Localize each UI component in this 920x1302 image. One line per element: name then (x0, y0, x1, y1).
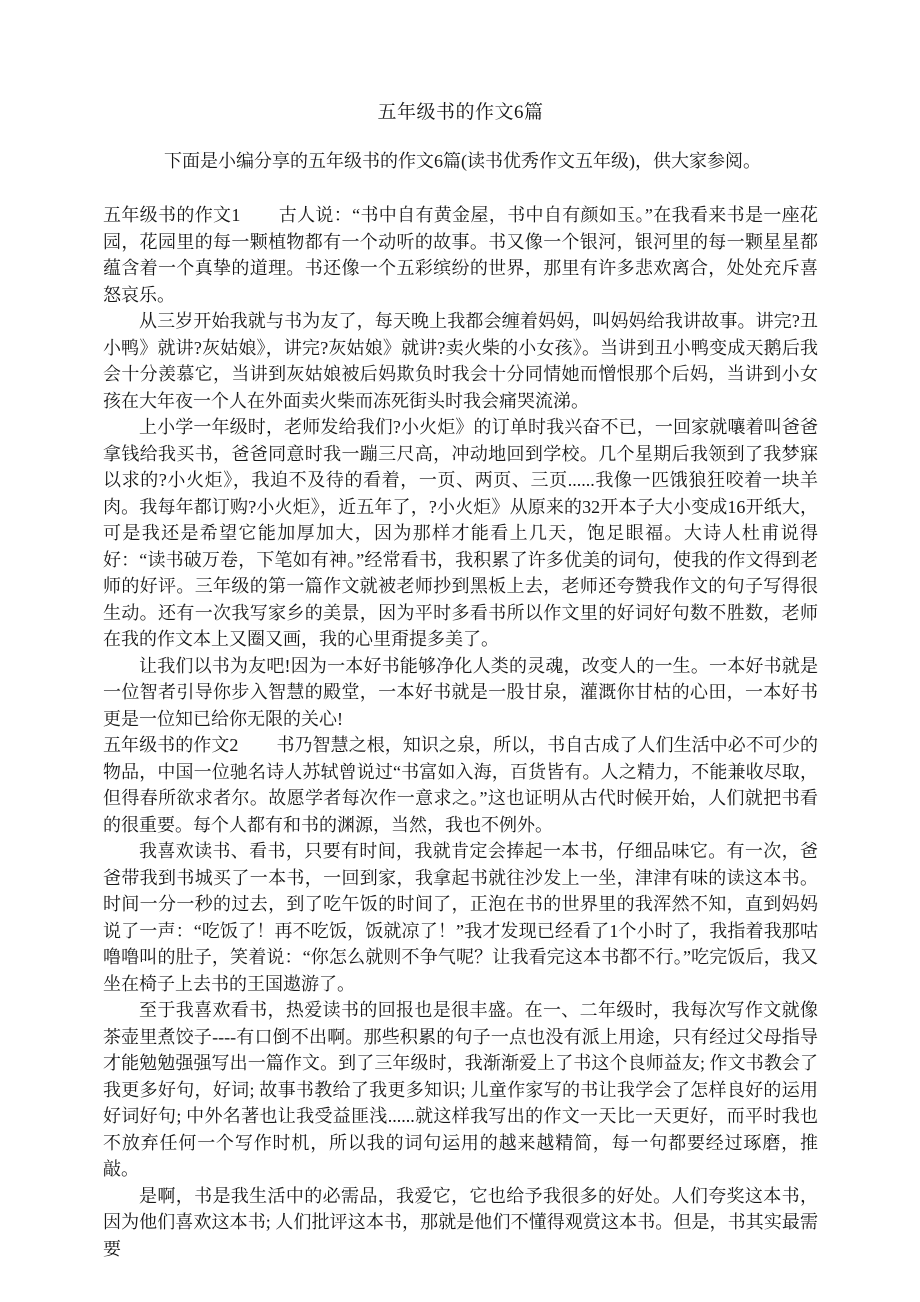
document-canvas: { "colors": { "text": "#161616", "backgr… (0, 0, 920, 1302)
body-paragraph: 是啊，书是我生活中的必需品，我爱它，它也给予我很多的好处。人们夸奖这本书，因为他… (103, 1183, 818, 1263)
section-label: 五年级书的作文2 (103, 735, 238, 755)
section-paragraph: 五年级书的作文1古人说：“书中自有黄金屋，书中自有颜如玉。”在我看来书是一座花园… (103, 202, 818, 308)
paragraph-text: 上小学一年级时，老师发给我们?小火炬》的订单时我兴奋不已，一回家就嚷着叫爸爸拿钱… (103, 417, 818, 649)
document-title: 五年级书的作文6篇 (103, 100, 818, 126)
intro-paragraph: 下面是小编分享的五年级书的作文6篇(读书优秀作文五年级)，供大家参阅。 (103, 148, 818, 174)
section-label: 五年级书的作文1 (103, 205, 240, 225)
section-paragraph: 五年级书的作文2书乃智慧之根，知识之泉，所以，书自古成了人们生活中必不可少的物品… (103, 732, 818, 838)
paragraph-text: 至于我喜欢看书，热爱读书的回报也是很丰盛。在一、二年级时，我每次写作文就像茶壶里… (103, 1000, 818, 1179)
paragraph-text: 是啊，书是我生活中的必需品，我爱它，它也给予我很多的好处。人们夸奖这本书，因为他… (103, 1186, 818, 1259)
document-page: 五年级书的作文6篇 下面是小编分享的五年级书的作文6篇(读书优秀作文五年级)，供… (103, 0, 818, 1262)
body-paragraph: 让我们以书为友吧!因为一本好书能够净化人类的灵魂，改变人的一生。一本好书就是一位… (103, 653, 818, 733)
paragraph-text: 从三岁开始我就与书为友了，每天晚上我都会缠着妈妈，叫妈妈给我讲故事。讲完?丑小鸭… (103, 311, 818, 411)
body-paragraph: 我喜欢读书、看书，只要有时间，我就肯定会捧起一本书，仔细品味它。有一次，爸爸带我… (103, 838, 818, 997)
body-paragraph: 上小学一年级时，老师发给我们?小火炬》的订单时我兴奋不已，一回家就嚷着叫爸爸拿钱… (103, 414, 818, 653)
paragraph-text: 我喜欢读书、看书，只要有时间，我就肯定会捧起一本书，仔细品味它。有一次，爸爸带我… (103, 841, 818, 994)
document-body: 五年级书的作文1古人说：“书中自有黄金屋，书中自有颜如玉。”在我看来书是一座花园… (103, 202, 818, 1262)
paragraph-text: 让我们以书为友吧!因为一本好书能够净化人类的灵魂，改变人的一生。一本好书就是一位… (103, 656, 818, 729)
body-paragraph: 从三岁开始我就与书为友了，每天晚上我都会缠着妈妈，叫妈妈给我讲故事。讲完?丑小鸭… (103, 308, 818, 414)
body-paragraph: 至于我喜欢看书，热爱读书的回报也是很丰盛。在一、二年级时，我每次写作文就像茶壶里… (103, 997, 818, 1183)
